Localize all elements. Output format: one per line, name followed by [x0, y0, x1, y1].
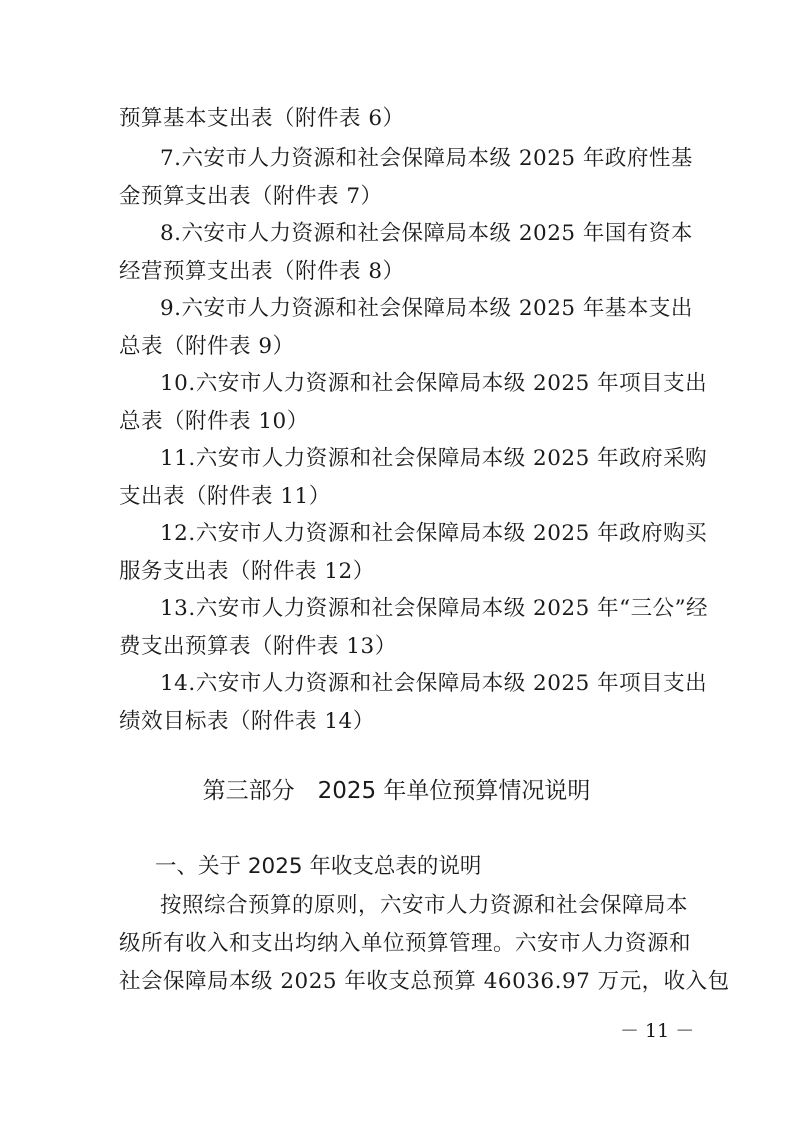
paragraph-line-2: 级所有收入和支出均纳入单位预算管理。六安市人力资源和: [119, 929, 679, 959]
list-item-9-line1: 9.六安市人力资源和社会保障局本级 2025 年基本支出: [160, 294, 680, 324]
paragraph-line-3: 社会保障局本级 2025 年收支总预算 46036.97 万元，收入包: [119, 967, 679, 997]
section-subheading: 一、关于 2025 年收支总表的说明: [155, 852, 481, 882]
section-title: 第三部分 2025 年单位预算情况说明: [0, 775, 793, 807]
list-item-11-line1: 11.六安市人力资源和社会保障局本级 2025 年政府采购: [160, 444, 680, 474]
list-item-14-line2: 绩效目标表（附件表 14）: [119, 707, 679, 737]
list-item-7-line2: 金预算支出表（附件表 7）: [119, 182, 679, 212]
list-item-12-line2: 服务支出表（附件表 12）: [119, 557, 679, 587]
list-item-10-line2: 总表（附件表 10）: [119, 407, 679, 437]
list-item-8-line1: 8.六安市人力资源和社会保障局本级 2025 年国有资本: [160, 219, 680, 249]
list-item-6-continuation: 预算基本支出表（附件表 6）: [119, 104, 679, 134]
list-item-14-line1: 14.六安市人力资源和社会保障局本级 2025 年项目支出: [160, 669, 680, 699]
list-item-13-line2: 费支出预算表（附件表 13）: [119, 632, 679, 662]
list-item-12-line1: 12.六安市人力资源和社会保障局本级 2025 年政府购买: [160, 519, 680, 549]
document-page: 预算基本支出表（附件表 6） 7.六安市人力资源和社会保障局本级 2025 年政…: [0, 0, 793, 1122]
list-item-10-line1: 10.六安市人力资源和社会保障局本级 2025 年项目支出: [160, 369, 680, 399]
list-item-7-line1: 7.六安市人力资源和社会保障局本级 2025 年政府性基: [160, 144, 680, 174]
paragraph-line-1: 按照综合预算的原则，六安市人力资源和社会保障局本: [160, 891, 680, 921]
list-item-11-line2: 支出表（附件表 11）: [119, 482, 679, 512]
page-number: － 11 －: [620, 1018, 680, 1044]
list-item-13-line1: 13.六安市人力资源和社会保障局本级 2025 年“三公”经: [160, 594, 680, 624]
list-item-9-line2: 总表（附件表 9）: [119, 332, 679, 362]
list-item-8-line2: 经营预算支出表（附件表 8）: [119, 257, 679, 287]
